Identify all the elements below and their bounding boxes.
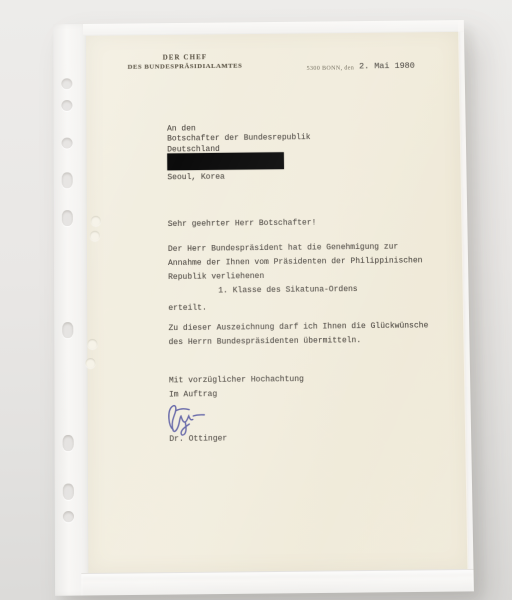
typed-date: 2. Mai 1980 [359,61,415,71]
filing-hole-icon [61,100,72,111]
closing-block: Mit vorzüglicher Hochachtung Im Auftrag [169,373,304,402]
filing-hole-icon [62,210,73,226]
recipient-block: An den Botschafter der Bundesrepublik De… [167,123,311,155]
filing-hole-icon [63,511,74,522]
body-line: Annahme der Ihnen vom Präsidenten der Ph… [168,254,423,271]
date-line: 5300 BONN, den 2. Mai 1980 [307,62,415,73]
granted-line: erteilt. [168,304,207,313]
award-line: 1. Klasse des Sikatuna-Ordens [218,285,357,295]
filing-hole-icon [63,484,74,500]
filing-hole-icon [62,138,73,149]
letterhead: DER CHEF DES BUNDESPRÄSIDIALAMTES [119,53,251,72]
salutation: Sehr geehrter Herr Botschafter! [168,219,317,230]
body-paragraph-2: Zu dieser Auszeichnung darf ich Ihnen di… [168,319,428,350]
letter-paper: DER CHEF DES BUNDESPRÄSIDIALAMTES 5300 B… [86,30,468,573]
paper-punch-hole-icon [91,216,101,226]
body-paragraph-1: Der Herr Bundespräsident hat die Genehmi… [168,240,423,284]
paper-punch-hole-icon [90,231,100,241]
recipient-city: Seoul, Korea [167,173,225,183]
sheet-protector: DER CHEF DES BUNDESPRÄSIDIALAMTES 5300 B… [53,20,474,596]
body-line: Republik verliehenen [168,268,423,285]
signatory-name: Dr. Ottinger [169,434,227,444]
closing-line: Mit vorzüglicher Hochachtung [169,373,304,388]
redaction-bar [167,152,284,170]
filing-hole-icon [63,435,74,451]
paper-punch-hole-icon [85,358,95,368]
recipient-line: Botschafter der Bundesrepublik [167,133,311,145]
body-line: des Herrn Bundespräsidenten übermitteln. [169,333,429,350]
paper-punch-hole-icon [87,339,97,349]
printed-place: 5300 BONN, den [307,65,355,71]
filing-hole-icon [62,322,73,338]
sleeve-bottom-edge [81,569,474,596]
closing-line: Im Auftrag [169,387,304,402]
filing-hole-icon [62,172,73,188]
body-line: Zu dieser Auszeichnung darf ich Ihnen di… [168,319,428,336]
filing-hole-icon [61,78,72,89]
letterhead-line2: DES BUNDESPRÄSIDIALAMTES [119,62,251,72]
